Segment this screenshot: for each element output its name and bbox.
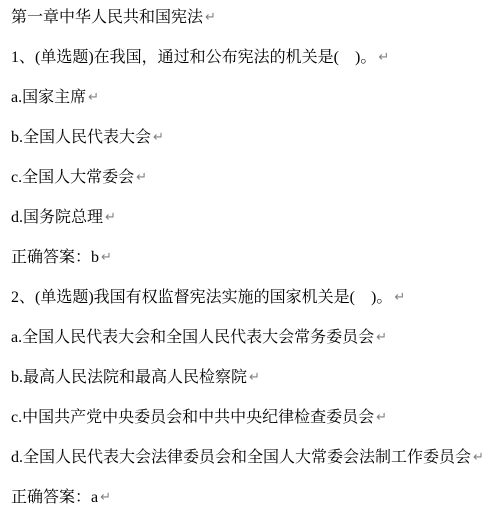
paragraph-mark-icon: ↵	[153, 130, 164, 145]
paragraph-mark-icon: ↵	[100, 490, 111, 505]
question-1-stem-text: 1、(单选题)在我国，通过和公布宪法的机关是( )。	[11, 49, 376, 66]
question-2-option-a-text: a.全国人民代表大会和全国人民代表大会常务委员会	[11, 329, 374, 346]
paragraph-mark-icon: ↵	[376, 410, 387, 425]
chapter-title-text: 第一章中华人民共和国宪法	[11, 9, 203, 26]
question-1-option-b-text: b.全国人民代表大会	[11, 129, 151, 146]
paragraph-mark-icon: ↵	[378, 50, 389, 65]
paragraph-mark-icon: ↵	[376, 330, 387, 345]
question-1-option-a: a.国家主席↵	[11, 89, 488, 106]
paragraph-mark-icon: ↵	[136, 170, 147, 185]
question-2-option-b-text: b.最高人民法院和最高人民检察院	[11, 369, 247, 386]
question-1-option-b: b.全国人民代表大会↵	[11, 129, 488, 146]
paragraph-mark-icon: ↵	[394, 290, 405, 305]
question-1-answer-text: 正确答案：b	[11, 249, 99, 266]
question-1-option-a-text: a.国家主席	[11, 89, 86, 106]
question-2-option-d-text: d.全国人民代表大会法律委员会和全国人大常委会法制工作委员会	[11, 449, 471, 466]
question-2-option-b: b.最高人民法院和最高人民检察院↵	[11, 369, 488, 386]
paragraph-mark-icon: ↵	[88, 90, 99, 105]
question-2-option-c: c.中国共产党中央委员会和中共中央纪律检查委员会↵	[11, 409, 488, 426]
paragraph-mark-icon: ↵	[101, 250, 112, 265]
question-2-option-c-text: c.中国共产党中央委员会和中共中央纪律检查委员会	[11, 409, 374, 426]
question-2-stem-text: 2、(单选题)我国有权监督宪法实施的国家机关是( )。	[11, 289, 392, 306]
paragraph-mark-icon: ↵	[105, 210, 116, 225]
question-1-option-c-text: c.全国人大常委会	[11, 169, 134, 186]
question-2-option-a: a.全国人民代表大会和全国人民代表大会常务委员会↵	[11, 329, 488, 346]
question-2-answer: 正确答案：a↵	[11, 489, 488, 506]
question-2-answer-text: 正确答案：a	[11, 489, 98, 506]
document-page[interactable]: 第一章中华人民共和国宪法↵ 1、(单选题)在我国，通过和公布宪法的机关是( )。…	[0, 0, 492, 509]
question-2-stem: 2、(单选题)我国有权监督宪法实施的国家机关是( )。↵	[11, 289, 488, 306]
paragraph-mark-icon: ↵	[473, 450, 484, 465]
paragraph-mark-icon: ↵	[249, 370, 260, 385]
question-1-option-c: c.全国人大常委会↵	[11, 169, 488, 186]
question-1-stem: 1、(单选题)在我国，通过和公布宪法的机关是( )。↵	[11, 49, 488, 66]
question-1-option-d-text: d.国务院总理	[11, 209, 103, 226]
question-1-answer: 正确答案：b↵	[11, 249, 488, 266]
question-1-option-d: d.国务院总理↵	[11, 209, 488, 226]
question-2-option-d: d.全国人民代表大会法律委员会和全国人大常委会法制工作委员会↵	[11, 449, 488, 466]
chapter-title: 第一章中华人民共和国宪法↵	[11, 9, 488, 26]
paragraph-mark-icon: ↵	[205, 10, 216, 25]
